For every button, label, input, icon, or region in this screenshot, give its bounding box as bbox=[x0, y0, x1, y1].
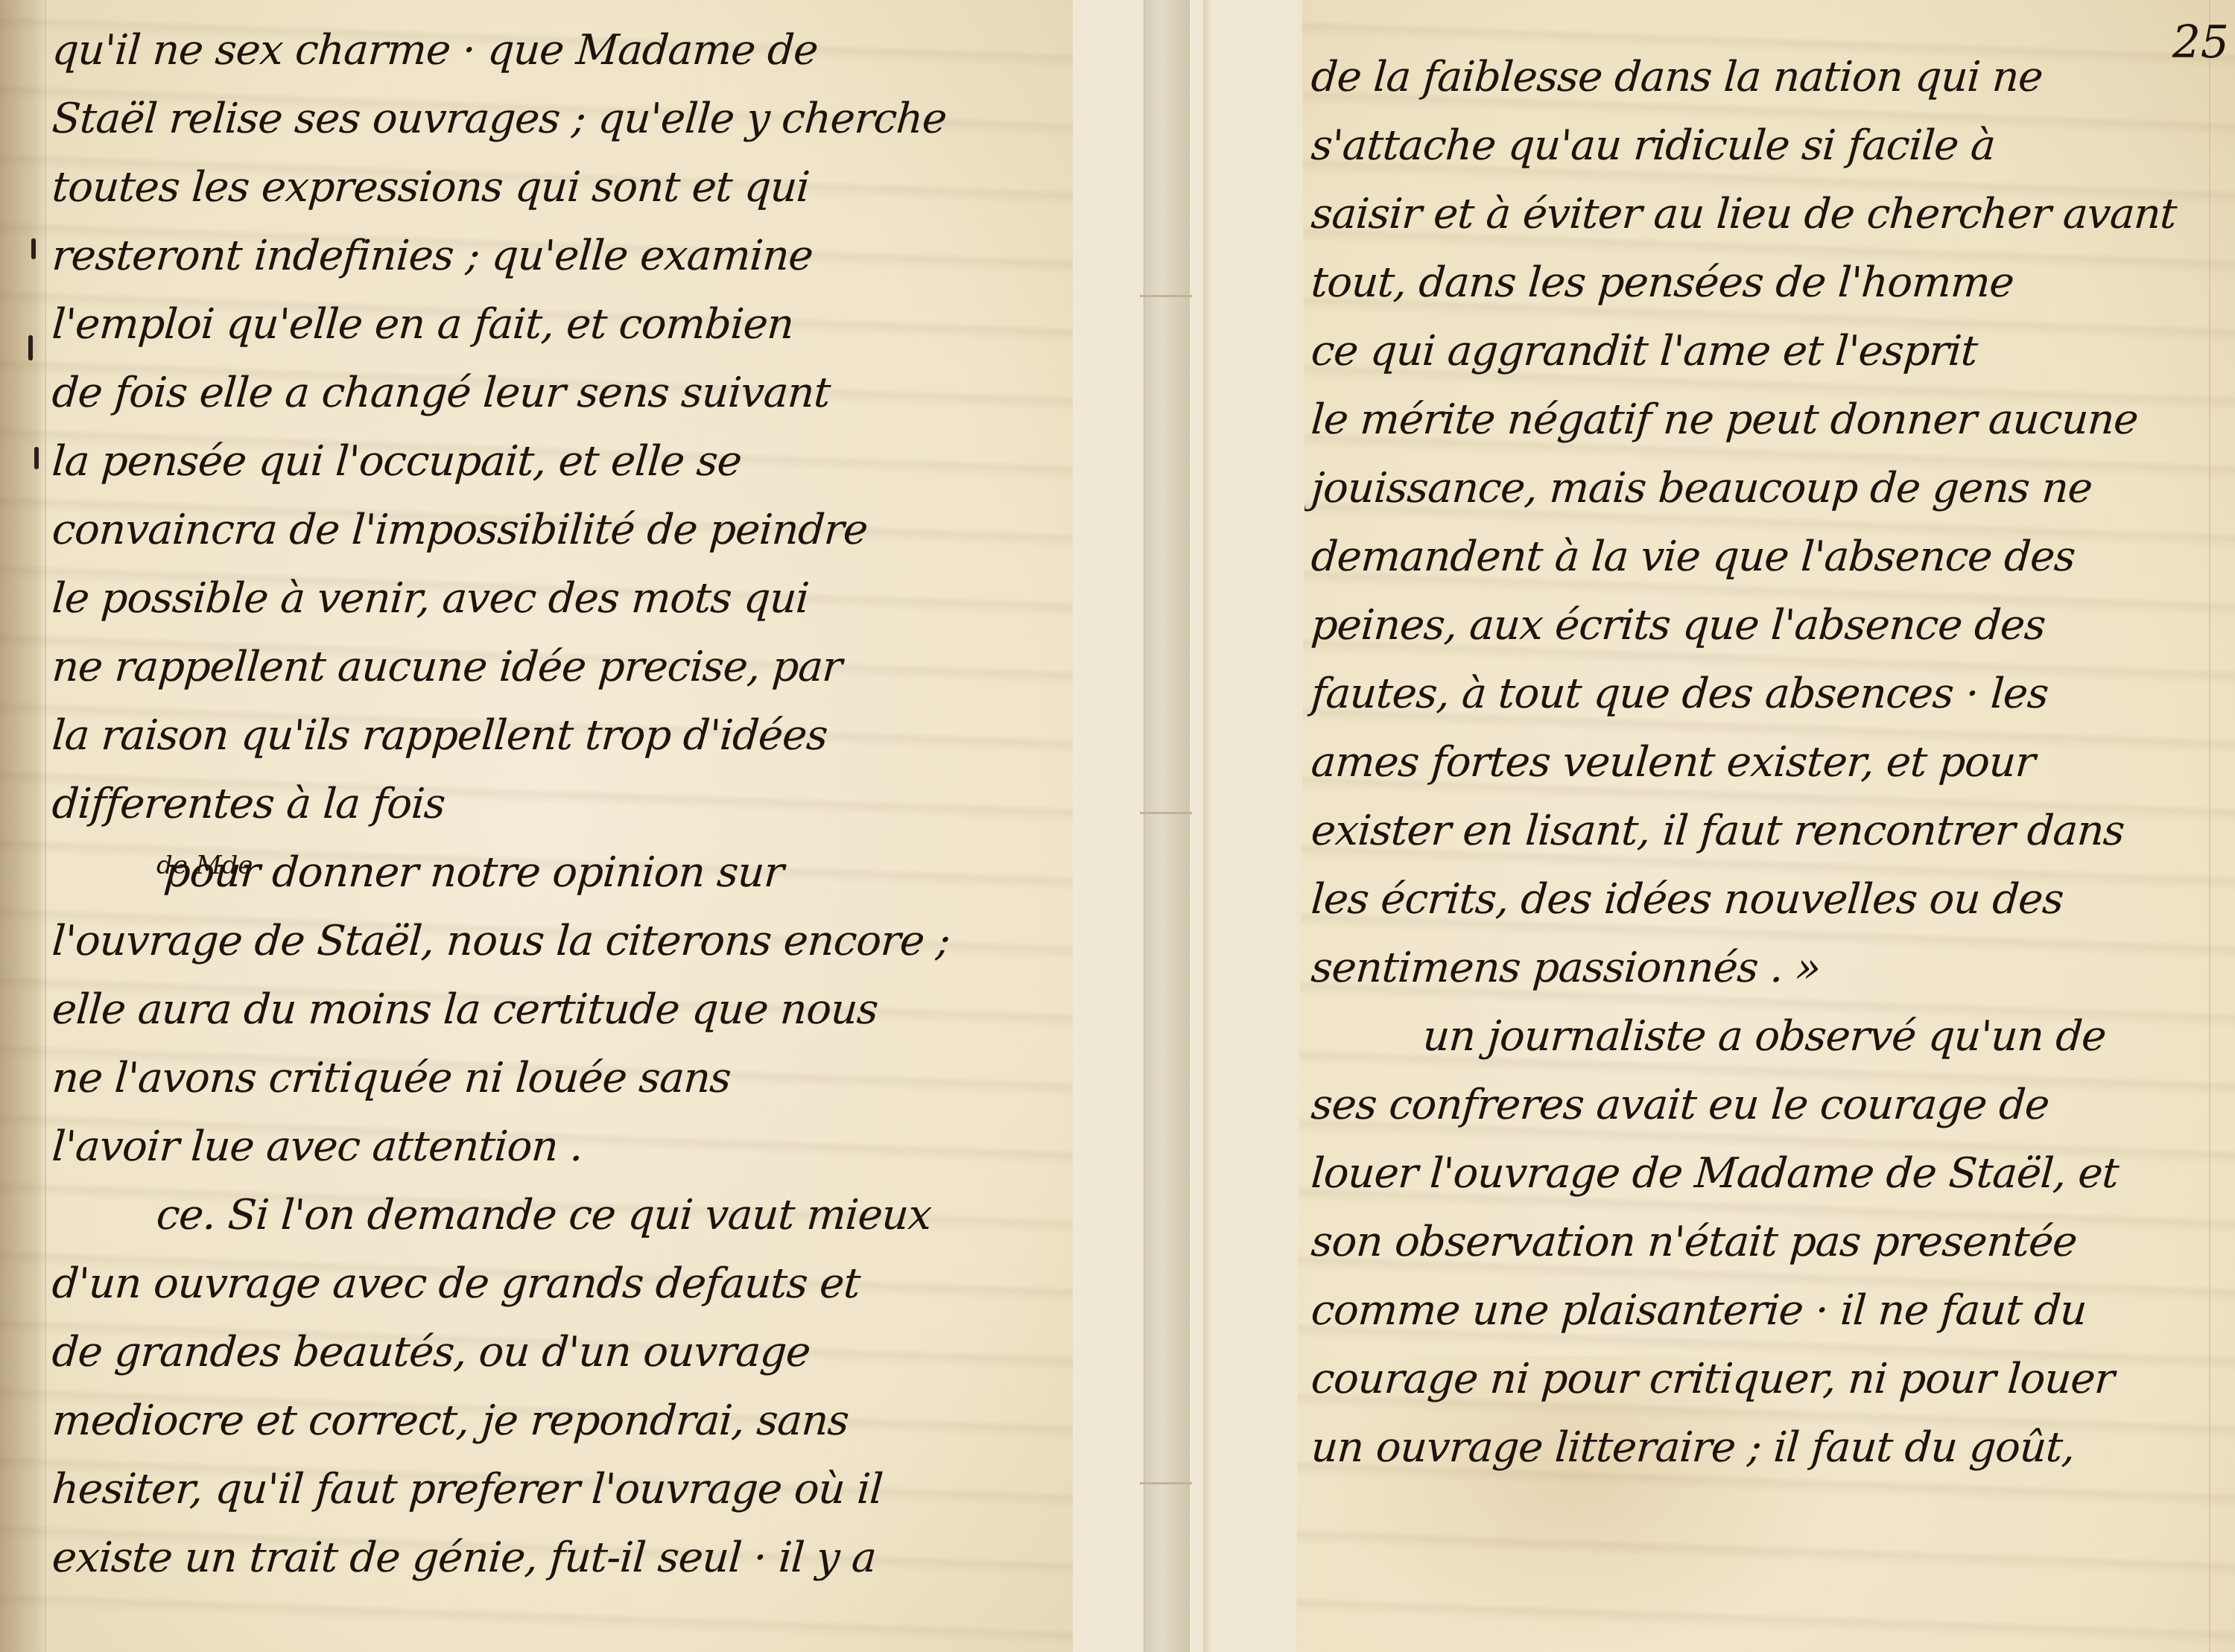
text-line: l'avoir lue avec attention . bbox=[50, 1113, 1023, 1181]
book-gutter bbox=[1073, 0, 1296, 1652]
manuscript-spread: qu'il ne sex charme · que Madame de Staë… bbox=[0, 0, 2235, 1652]
text-line: comme une plaisanterie · il ne faut du bbox=[1309, 1277, 2230, 1345]
text-line: s'attache qu'au ridicule si facile à bbox=[1309, 112, 2230, 180]
text-line: de fois elle a changé leur sens suivant bbox=[50, 359, 1023, 428]
text-line: existe un trait de génie, fut-il seul · … bbox=[50, 1524, 1023, 1592]
right-page-text: de la faiblesse dans la nation qui ne s'… bbox=[1311, 43, 2228, 1482]
text-line: differentes à la fois bbox=[50, 770, 1023, 839]
paragraph-start-line: un journaliste a observé qu'un de bbox=[1309, 1003, 2230, 1071]
text-line: resteront indefinies ; qu'elle examine bbox=[50, 222, 1023, 290]
text-line: de la faiblesse dans la nation qui ne bbox=[1309, 43, 2230, 112]
text-line: d'un ouvrage avec de grands defauts et bbox=[50, 1250, 1023, 1318]
page-fold-shadow bbox=[1203, 0, 1212, 1652]
margin-ink-mark bbox=[28, 335, 33, 360]
text-line: ames fortes veulent exister, et pour bbox=[1309, 728, 2230, 797]
text-line: peines, aux écrits que l'absence des bbox=[1309, 591, 2230, 660]
text-line: de grandes beautés, ou d'un ouvrage bbox=[50, 1318, 1023, 1387]
text-line: exister en lisant, il faut rencontrer da… bbox=[1309, 797, 2230, 865]
binding-stitch bbox=[1140, 295, 1192, 297]
margin-ink-mark bbox=[31, 238, 36, 259]
text-line: le possible à venir, avec des mots qui bbox=[50, 565, 1023, 633]
binding-strip bbox=[1144, 0, 1190, 1652]
text-line: ce qui aggrandit l'ame et l'esprit bbox=[1309, 317, 2230, 386]
text-line: mediocre et correct, je repondrai, sans bbox=[50, 1387, 1023, 1455]
left-page: qu'il ne sex charme · que Madame de Staë… bbox=[0, 0, 1073, 1652]
text-line: toutes les expressions qui sont et qui bbox=[50, 153, 1023, 222]
text-line: courage ni pour critiquer, ni pour louer bbox=[1309, 1345, 2230, 1414]
text-line: demandent à la vie que l'absence des bbox=[1309, 523, 2230, 591]
text-line: elle aura du moins la certitude que nous bbox=[50, 976, 1023, 1044]
left-page-edge-stain bbox=[0, 0, 46, 1652]
text-line: l'emploi qu'elle en a fait, et combien bbox=[50, 290, 1023, 359]
paragraph-start-line: ce. Si l'on demande ce qui vaut mieux bbox=[50, 1181, 1023, 1250]
text-line: louer l'ouvrage de Madame de Staël, et bbox=[1309, 1140, 2230, 1208]
text-line: l'ouvrage de Staël, nous la citerons enc… bbox=[50, 907, 1023, 976]
margin-ink-mark bbox=[34, 447, 39, 469]
text-line: Staël relise ses ouvrages ; qu'elle y ch… bbox=[50, 85, 1023, 153]
text-line: saisir et à éviter au lieu de chercher a… bbox=[1309, 180, 2230, 249]
text-line: fautes, à tout que des absences · les bbox=[1309, 660, 2230, 728]
text-line: son observation n'était pas presentée bbox=[1309, 1208, 2230, 1277]
text-line: les écrits, des idées nouvelles ou des bbox=[1309, 865, 2230, 934]
text-line: un ouvrage litteraire ; il faut du goût, bbox=[1309, 1414, 2230, 1482]
text-line: ne l'avons critiquée ni louée sans bbox=[50, 1044, 1023, 1113]
text-line: sentimens passionnés . » bbox=[1309, 934, 2230, 1003]
text-line: la pensée qui l'occupait, et elle se bbox=[50, 428, 1023, 496]
left-page-edge bbox=[45, 0, 46, 1652]
text-line: ne rappellent aucune idée precise, par bbox=[50, 633, 1023, 702]
text-line: hesiter, qu'il faut preferer l'ouvrage o… bbox=[50, 1455, 1023, 1524]
text-line: qu'il ne sex charme · que Madame de bbox=[50, 16, 1023, 85]
right-page: 25 de la faiblesse dans la nation qui ne… bbox=[1296, 0, 2235, 1652]
text-line: jouissance, mais beaucoup de gens ne bbox=[1309, 454, 2230, 523]
left-page-text: qu'il ne sex charme · que Madame de Staë… bbox=[52, 16, 1021, 1592]
binding-stitch bbox=[1140, 1482, 1192, 1484]
text-line: le mérite négatif ne peut donner aucune bbox=[1309, 386, 2230, 454]
text-line: la raison qu'ils rappellent trop d'idées bbox=[50, 702, 1023, 770]
text-line: tout, dans les pensées de l'homme bbox=[1309, 249, 2230, 317]
text-line: convaincra de l'impossibilité de peindre bbox=[50, 496, 1023, 565]
interlinear-note: de Mde bbox=[156, 851, 253, 880]
text-line: ses confreres avait eu le courage de bbox=[1309, 1071, 2230, 1140]
binding-stitch bbox=[1140, 812, 1192, 814]
